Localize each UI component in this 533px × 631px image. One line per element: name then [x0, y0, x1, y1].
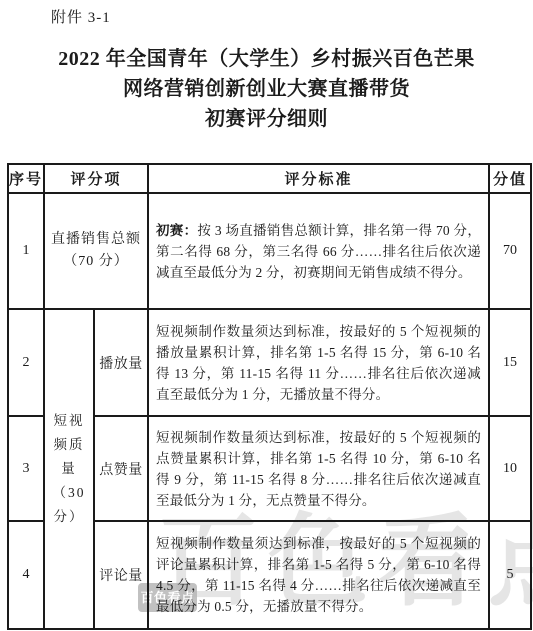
row1-criteria-text: 按 3 场直播销售总额计算，排名第一得 70 分，第二名得 68 分，第三名得 …	[156, 223, 481, 280]
row2-index: 2	[8, 309, 44, 416]
row2-subitem: 播放量	[94, 309, 148, 416]
row1-item-line2: （70 分）	[45, 251, 147, 273]
row1-criteria-prefix: 初赛：	[156, 223, 197, 238]
row3-score: 10	[489, 416, 531, 521]
header-index: 序号	[8, 164, 44, 193]
row3-subitem: 点赞量	[94, 416, 148, 521]
table-row: 2 短视频质量（30分） 播放量 短视频制作数量须达到标准，按最好的 5 个短视…	[8, 309, 531, 416]
row1-index: 1	[8, 193, 44, 309]
row2-criteria: 短视频制作数量须达到标准，按最好的 5 个短视频的播放量累积计算，排名第 1-5…	[148, 309, 489, 416]
row3-index: 3	[8, 416, 44, 521]
attachment-label: 附件 3-1	[51, 6, 111, 27]
title-line-3: 初赛评分细则	[0, 104, 533, 134]
header-criteria: 评分标准	[148, 164, 489, 193]
document-page: 百色看点 百色看点 附件 3-1 2022 年全国青年（大学生）乡村振兴百色芒果…	[0, 0, 533, 631]
row1-score: 70	[489, 193, 531, 309]
header-score: 分值	[489, 164, 531, 193]
row1-item: 直播销售总额 （70 分）	[44, 193, 148, 309]
header-item: 评分项	[44, 164, 148, 193]
row2-score: 15	[489, 309, 531, 416]
title-line-1: 2022 年全国青年（大学生）乡村振兴百色芒果	[0, 44, 533, 74]
row3-criteria: 短视频制作数量须达到标准，按最好的 5 个短视频的点赞量累积计算，排名第 1-5…	[148, 416, 489, 521]
row1-criteria: 初赛：按 3 场直播销售总额计算，排名第一得 70 分，第二名得 68 分，第三…	[148, 193, 489, 309]
row4-subitem: 评论量	[94, 521, 148, 629]
table-header-row: 序号 评分项 评分标准 分值	[8, 164, 531, 193]
table-row: 1 直播销售总额 （70 分） 初赛：按 3 场直播销售总额计算，排名第一得 7…	[8, 193, 531, 309]
row4-criteria: 短视频制作数量须达到标准，按最好的 5 个短视频的评论量累积计算，排名第 1-5…	[148, 521, 489, 629]
row1-item-line1: 直播销售总额	[45, 229, 147, 251]
row4-index: 4	[8, 521, 44, 629]
title-line-2: 网络营销创新创业大赛直播带货	[0, 74, 533, 104]
group-item-short-video-quality: 短视频质量（30分）	[44, 309, 94, 629]
row4-score: 5	[489, 521, 531, 629]
scoring-table: 序号 评分项 评分标准 分值 1 直播销售总额 （70 分） 初赛：按 3 场直…	[7, 163, 532, 630]
document-title: 2022 年全国青年（大学生）乡村振兴百色芒果 网络营销创新创业大赛直播带货 初…	[0, 44, 533, 134]
